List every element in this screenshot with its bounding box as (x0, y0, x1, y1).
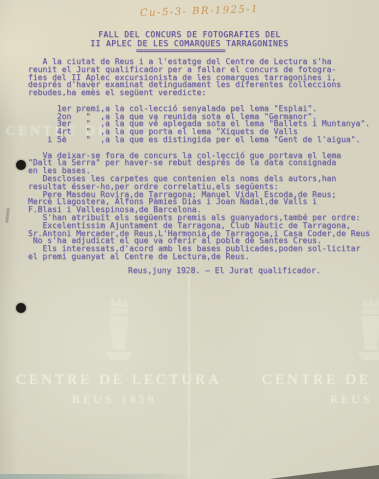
typed-line-prize-5: i 5è " ,a la que es distingida per el le… (28, 136, 379, 144)
bottom-edge (0, 474, 200, 479)
watermark-right-text: CENTRE DE (262, 372, 371, 389)
watermark-crest-icon (348, 296, 379, 368)
title-underline: ======================== (0, 48, 370, 54)
punch-hole-top (16, 160, 26, 170)
watermark-crest-icon (96, 296, 142, 368)
watermark-main-text: CENTRE DE LECTURA (16, 372, 222, 389)
scanned-document: CENTRE DE LECTURA Cu-5-3- BR-1925-1 FALL… (0, 0, 379, 479)
typed-line: el premi guanyat al Centre de Lectura,de… (28, 253, 379, 261)
punch-hole-bottom (16, 303, 26, 313)
archival-annotation: Cu-5-3- BR-1925-1 (140, 4, 259, 19)
corner-shadow (269, 465, 379, 479)
typed-line: rebudes,ha emès el següent veredicte: (28, 89, 379, 97)
watermark-year-text: REUS 1859 (72, 392, 157, 407)
fold-line (188, 268, 190, 479)
document-title: FALL DEL CONCURS DE FOTOGRAFIES DEL II A… (0, 31, 379, 54)
watermark-right-year-text: REUS (330, 392, 373, 407)
date-signature-line: Reus,juny 1928. — El Jurat qualificador. (128, 267, 379, 275)
typed-body: A la ciutat de Reus i a l'estatge del Ce… (0, 58, 379, 275)
